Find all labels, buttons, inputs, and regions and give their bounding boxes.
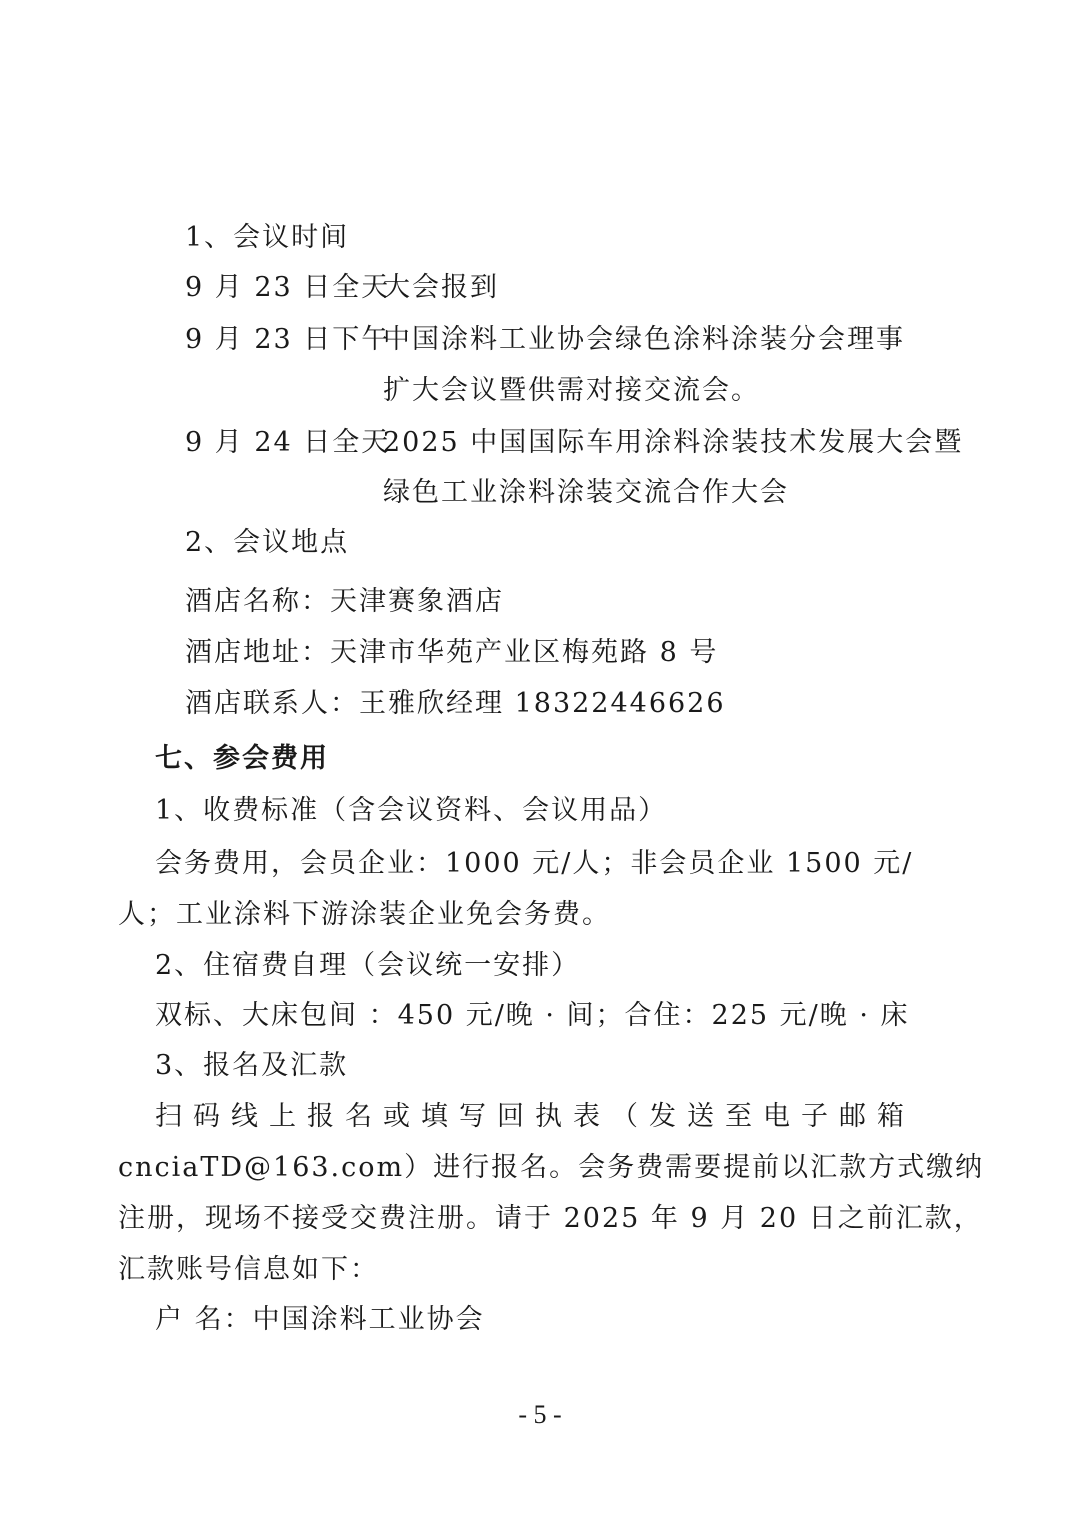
registration-line-2: cnciaTD@163.com）进行报名。会务费需要提前以汇款方式缴纳: [118, 1152, 984, 1184]
registration-heading: 3、报名及汇款: [155, 1050, 348, 1082]
hotel-contact: 酒店联系人：王雅欣经理 18322446626: [185, 688, 726, 720]
page-number: - 5 -: [0, 1400, 1080, 1430]
hotel-address: 酒店地址：天津市华苑产业区梅苑路 8 号: [185, 637, 718, 669]
schedule-event-2-line1: 中国涂料工业协会绿色涂料涂装分会理事: [383, 324, 905, 356]
schedule-event-3-line2: 绿色工业涂料涂装交流合作大会: [383, 477, 789, 509]
schedule-event-1: 大会报到: [383, 272, 499, 304]
fees-heading: 七、参会费用: [155, 743, 329, 775]
account-name: 户 名：中国涂料工业协会: [155, 1304, 485, 1336]
registration-line-3: 注册，现场不接受交费注册。请于 2025 年 9 月 20 日之前汇款，: [118, 1203, 983, 1235]
registration-line-4: 汇款账号信息如下：: [118, 1254, 379, 1286]
fee-standard-heading: 1、收费标准（含会议资料、会议用品）: [155, 795, 667, 827]
registration-line-1: 扫码线上报名或填写回执表（发送至电子邮箱: [155, 1101, 915, 1133]
lodging-heading: 2、住宿费自理（会议统一安排）: [155, 950, 580, 982]
lodging-price: 双标、大床包间 ：450 元/晚 · 间；合住：225 元/晚 · 床: [155, 1000, 910, 1032]
fee-line-2: 人；工业涂料下游涂装企业免会务费。: [118, 899, 611, 931]
fee-line-1: 会务费用，会员企业：1000 元/人；非会员企业 1500 元/: [155, 848, 913, 880]
meeting-time-heading: 1、会议时间: [185, 222, 349, 254]
hotel-name: 酒店名称：天津赛象酒店: [185, 586, 504, 618]
schedule-date-3: 9 月 24 日全天: [185, 427, 390, 459]
meeting-place-heading: 2、会议地点: [185, 527, 349, 559]
schedule-event-2-line2: 扩大会议暨供需对接交流会。: [383, 375, 760, 407]
schedule-date-1: 9 月 23 日全天: [185, 272, 390, 304]
schedule-date-2: 9 月 23 日下午: [185, 324, 390, 356]
schedule-event-3-line1: 2025 中国国际车用涂料涂装技术发展大会暨: [383, 427, 963, 459]
